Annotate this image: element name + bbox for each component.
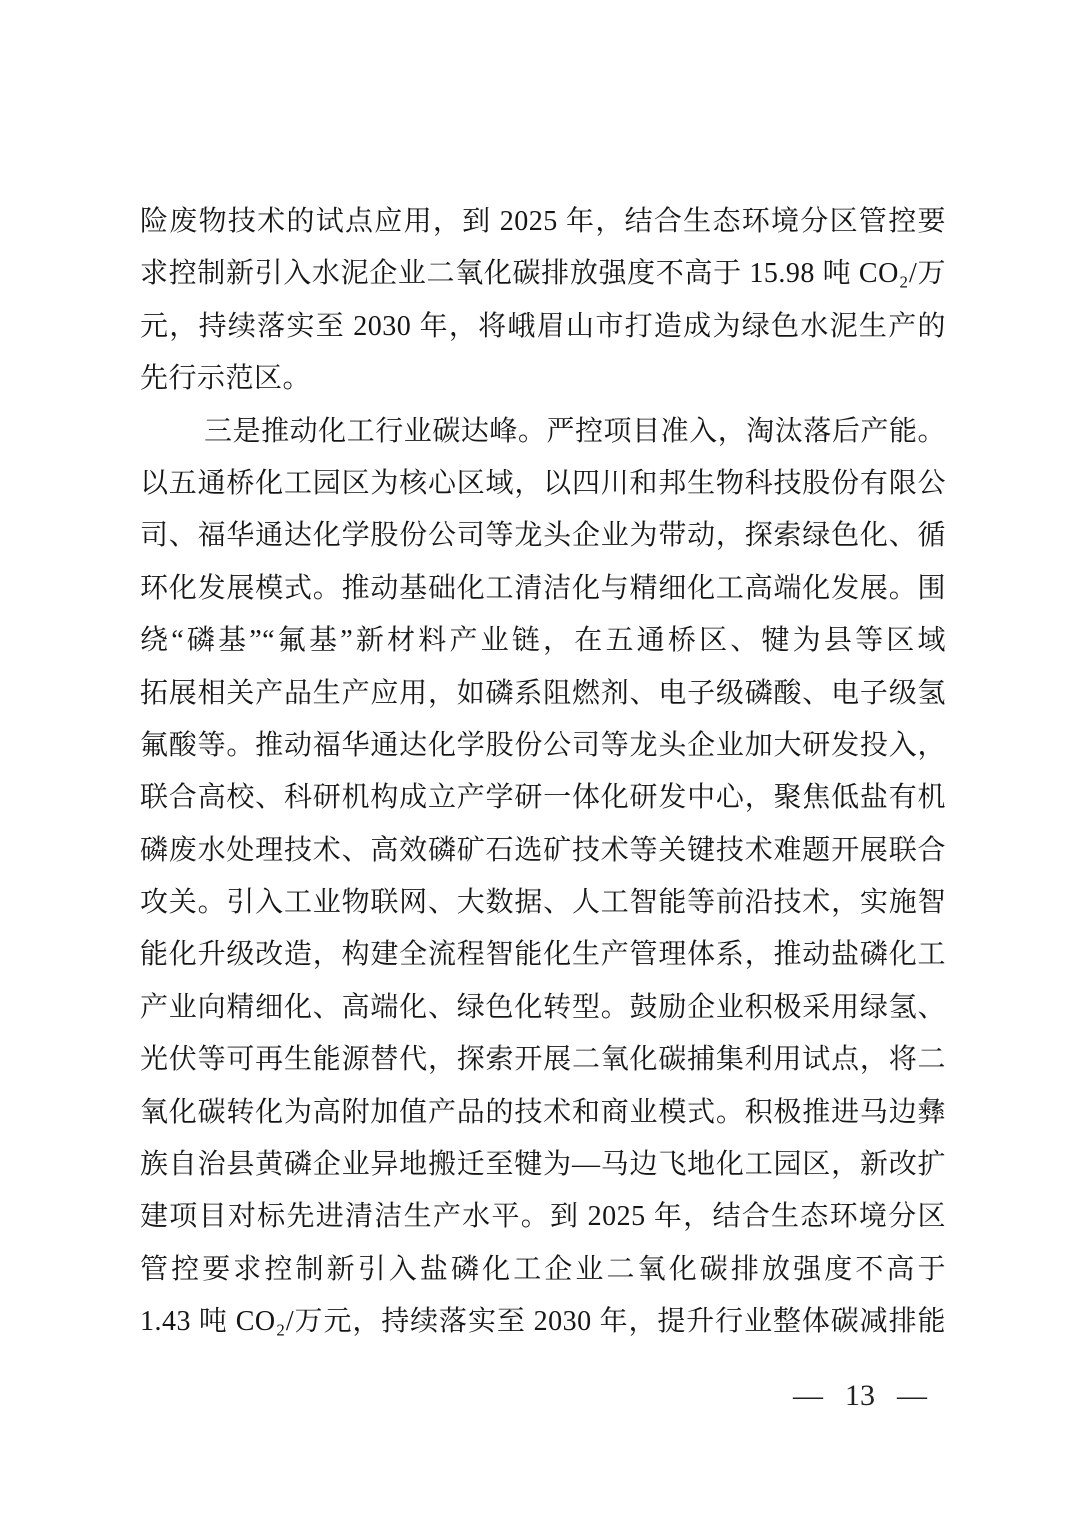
text-line: 联合高校、科研机构成立产学研一体化研发中心，聚焦低盐有机 [140,772,946,824]
text-line: 磷废水处理技术、高效磷矿石选矿技术等关键技术难题开展联合 [140,825,946,877]
text-line: 环化发展模式。推动基础化工清洁化与精细化工高端化发展。围 [140,563,946,615]
text-line: 族自治县黄磷企业异地搬迁至犍为—马边飞地化工园区，新改扩 [140,1139,946,1191]
page-number: 13 [845,1378,875,1414]
text-line: 建项目对标先进清洁生产水平。到 2025 年，结合生态环境分区 [140,1191,946,1243]
text-line: 氧化碳转化为高附加值产品的技术和商业模式。积极推进马边彝 [140,1087,946,1139]
text-line: 险废物技术的试点应用，到 2025 年，结合生态环境分区管控要 [140,196,946,248]
text-line: 管控要求控制新引入盐磷化工企业二氧化碳排放强度不高于 [140,1244,946,1296]
text-line: 光伏等可再生能源替代，探索开展二氧化碳捕集利用试点，将二 [140,1034,946,1086]
document-page: 险废物技术的试点应用，到 2025 年，结合生态环境分区管控要 求控制新引入水泥… [0,0,1080,1527]
text-line: 产业向精细化、高端化、绿色化转型。鼓励企业积极采用绿氢、 [140,982,946,1034]
text-line: 以五通桥化工园区为核心区域，以四川和邦生物科技股份有限公 [140,458,946,510]
text-line: 三是推动化工行业碳达峰。严控项目准入，淘汰落后产能。 [140,406,946,458]
text-line: 求控制新引入水泥企业二氧化碳排放强度不高于 15.98 吨 CO₂/万 [140,248,946,300]
footer-dash-left: — [793,1378,823,1414]
text-line: 元，持续落实至 2030 年，将峨眉山市打造成为绿色水泥生产的 [140,301,946,353]
text-line: 1.43 吨 CO₂/万元，持续落实至 2030 年，提升行业整体碳减排能 [140,1296,946,1348]
text-line: 氟酸等。推动福华通达化学股份公司等龙头企业加大研发投入， [140,720,946,772]
text-line: 先行示范区。 [140,353,946,405]
text-line: 绕“磷基”“氟基”新材料产业链，在五通桥区、犍为县等区域 [140,615,946,667]
text-line: 攻关。引入工业物联网、大数据、人工智能等前沿技术，实施智 [140,877,946,929]
text-line: 司、福华通达化学股份公司等龙头企业为带动，探索绿色化、循 [140,510,946,562]
footer-dash-right: — [897,1378,927,1414]
text-line: 能化升级改造，构建全流程智能化生产管理体系，推动盐磷化工 [140,929,946,981]
page-footer: — 13 — [793,1378,927,1414]
body-text: 险废物技术的试点应用，到 2025 年，结合生态环境分区管控要 求控制新引入水泥… [140,196,946,1349]
text-line: 拓展相关产品生产应用，如磷系阻燃剂、电子级磷酸、电子级氢 [140,668,946,720]
